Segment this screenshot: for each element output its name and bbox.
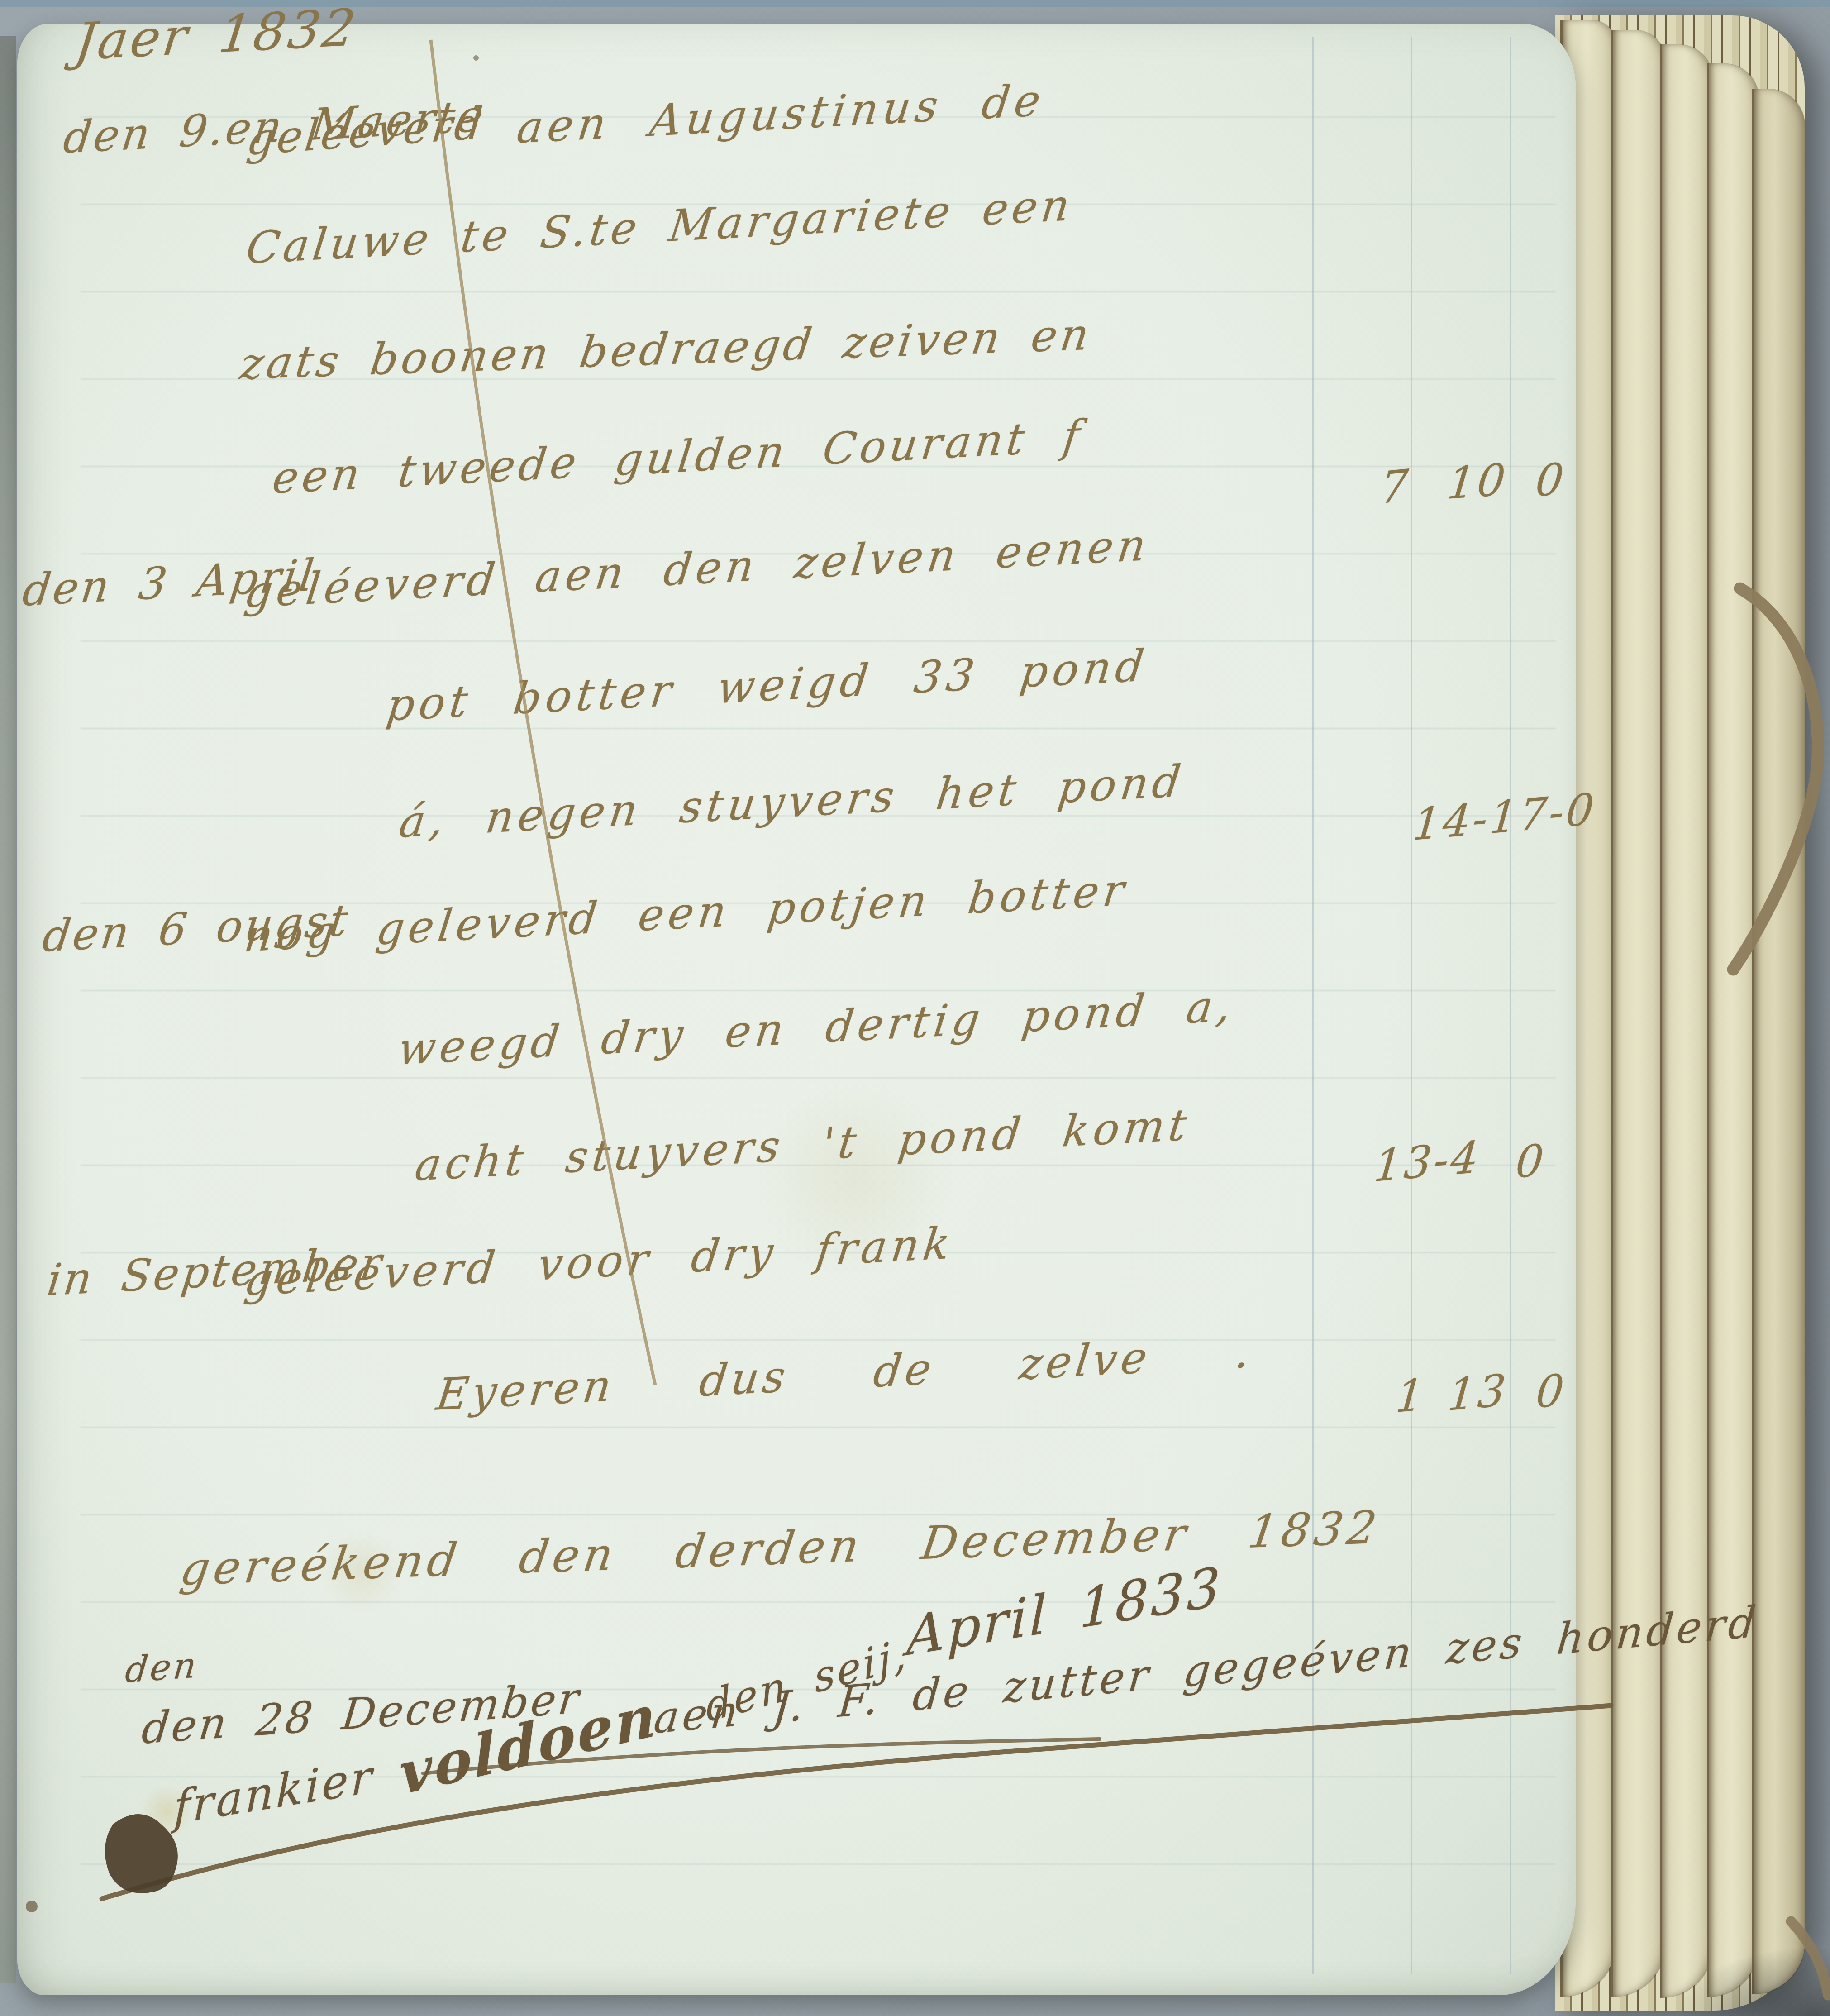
amount-value: 7 bbox=[1379, 459, 1412, 514]
ruled-line bbox=[81, 990, 1556, 991]
amount-value: 0 bbox=[1514, 1134, 1548, 1188]
amount-value: 0 bbox=[1534, 1364, 1568, 1418]
ruled-line bbox=[81, 728, 1556, 729]
money-column-line bbox=[1411, 37, 1412, 1974]
ruled-line bbox=[81, 1601, 1556, 1603]
ruled-line bbox=[81, 291, 1556, 292]
settlement-note: den bbox=[123, 1645, 200, 1691]
money-column-line bbox=[1510, 37, 1511, 1974]
ruled-line bbox=[81, 640, 1556, 642]
page-edge-sheet bbox=[1752, 89, 1805, 1994]
ruled-line bbox=[81, 1427, 1556, 1428]
page-edge-sheet bbox=[1660, 44, 1713, 1998]
page-edge-sheet bbox=[1611, 30, 1666, 1997]
amount-value: 10 bbox=[1445, 454, 1510, 509]
amount-value: 13-4 bbox=[1372, 1131, 1483, 1192]
amount-value: 13 bbox=[1446, 1364, 1510, 1421]
cast-shadow bbox=[1674, 1946, 1830, 2016]
ruled-line bbox=[81, 1863, 1556, 1865]
page-edge-sheet bbox=[1707, 63, 1759, 1997]
previous-page-edge bbox=[0, 36, 16, 1983]
ruled-line bbox=[81, 1339, 1556, 1341]
amount-value: 1 bbox=[1394, 1369, 1428, 1423]
ruled-line bbox=[81, 1077, 1556, 1079]
amount-value: 0 bbox=[1533, 453, 1568, 506]
scanned-manuscript: Jaer 1832 den 9.en Maerte geléeverd aen … bbox=[0, 0, 1830, 2016]
